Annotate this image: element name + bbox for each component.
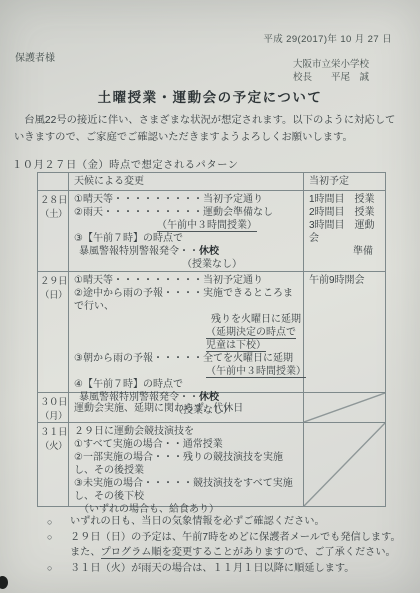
date-cell-oct29: ２９日 （日）	[38, 272, 69, 392]
plan-cell-oct31	[304, 423, 385, 506]
underlined-note: （午前中３時間授業）	[157, 220, 257, 232]
date-day: ２８日	[40, 194, 68, 208]
date-weekday: （火）	[40, 440, 68, 454]
case-note-line: （延期決定の時点で児童は下校）	[74, 326, 301, 352]
plan-line: 午前9時開会	[309, 274, 383, 287]
case-note-line: （午前中３時間授業）	[74, 365, 301, 378]
warning-text: 暴風警報特別警報発令・・	[79, 246, 199, 257]
plan-line: 1時間目 授業	[309, 193, 383, 206]
change-cell-oct29: ①晴天等・・・・・・・・・当初予定通り ②途中から雨の予報・・・・実施できるとこ…	[69, 272, 304, 392]
underlined-note: プログラム順を変更することがあります	[101, 547, 284, 559]
note-item: ○いずれの日も、当日の気象情報を必ずご確認ください。	[38, 514, 410, 530]
case-line: 残りを火曜日に延期	[74, 313, 301, 326]
date-weekday: （土）	[40, 208, 68, 222]
date-day: ３１日	[40, 426, 68, 440]
plan-cell-oct30	[304, 393, 385, 422]
document-page: 平成 29(2017)年 10 月 27 日 保護者様 大阪市立栄小学校 校長 …	[0, 0, 420, 593]
diagonal-strike-line	[304, 393, 385, 422]
plan-cell-oct29: 午前9時開会	[304, 272, 385, 392]
footer-notes: ○いずれの日も、当日の気象情報を必ずご確認ください。 ○２９日（日）の予定は、午…	[38, 514, 410, 576]
change-cell-oct30: 運動会実施、延期に関わらず、代休日	[69, 393, 304, 422]
intro-paragraph: 台風22号の接近に伴い、さまざまな状況が想定されます。以下のように対応していきま…	[14, 113, 405, 146]
date-weekday: （月）	[40, 410, 68, 424]
date-weekday: （日）	[40, 289, 68, 303]
schedule-table: 天候による変更 当初予定 ２８日 （土） ①晴天等・・・・・・・・・当初予定通り…	[37, 172, 386, 507]
sender-block: 大阪市立栄小学校 校長 平尾 誠	[293, 58, 369, 84]
document-title: 土曜授業・運動会の予定について	[0, 86, 420, 106]
change-cell-oct28: ①晴天等・・・・・・・・・当初予定通り ②雨天・・・・・・・・・・運動会準備なし…	[69, 191, 304, 271]
document-date: 平成 29(2017)年 10 月 27 日	[263, 31, 392, 45]
case-line: ②一部実施の場合・・・残りの競技演技を実施し、その後授業	[74, 451, 301, 477]
table-caption: １０月２７日（金）時点で想定されるパターン	[12, 156, 239, 171]
case-line: ②雨天・・・・・・・・・・運動会準備なし	[74, 206, 301, 219]
table-header-row: 天候による変更 当初予定	[38, 173, 385, 190]
circle-bullet-icon: ○	[47, 515, 52, 531]
underlined-note: （午前中３時間授業）	[206, 366, 306, 378]
plan-line: 3時間目 運動会	[309, 219, 383, 245]
diagonal-strike-line	[304, 423, 385, 506]
scan-artifact	[0, 576, 8, 589]
case-line: ①すべて実施の場合・・通常授業	[74, 438, 301, 451]
case-line: ①晴天等・・・・・・・・・当初予定通り	[74, 274, 301, 287]
case-line: 暴風警報特別警報発令・・休校	[74, 245, 301, 258]
principal-name: 校長 平尾 誠	[293, 71, 369, 84]
plan-line: 準備	[309, 245, 383, 258]
case-note-line: （午前中３時間授業）	[74, 219, 301, 232]
date-day: ２９日	[40, 275, 68, 289]
note-text: ２９日（日）の予定は、午前7時をめどに保護者メールでも発信します。	[70, 532, 401, 543]
date-cell-oct31: ３１日 （火）	[38, 423, 69, 506]
case-line: ④【午前７時】の時点で	[74, 378, 301, 391]
plan-cell-oct28: 1時間目 授業 2時間目 授業 3時間目 運動会 準備	[304, 191, 385, 271]
change-cell-oct31: ２９日に運動会競技演技を ①すべて実施の場合・・通常授業 ②一部実施の場合・・・…	[69, 423, 304, 506]
header-change-cell: 天候による変更	[69, 173, 304, 190]
note-text: ので、ご了承ください。	[284, 547, 396, 558]
note-text: いずれの日も、当日の気象情報を必ずご確認ください。	[70, 516, 325, 527]
note-item: ○３１日（火）が雨天の場合は、１１月１日以降に順延します。	[38, 561, 410, 577]
case-line: ２９日に運動会競技演技を	[74, 425, 301, 438]
table-row-oct31: ３１日 （火） ２９日に運動会競技演技を ①すべて実施の場合・・通常授業 ②一部…	[38, 422, 385, 506]
underlined-note: （延期決定の時点で児童は下校）	[206, 327, 296, 352]
plan-line: 2時間目 授業	[309, 206, 383, 219]
recipient-label: 保護者様	[15, 49, 55, 64]
case-note-line: （授業なし）	[74, 258, 301, 271]
case-line: ③朝から雨の予報・・・・・全てを火曜日に延期	[74, 352, 301, 365]
table-row-oct28: ２８日 （土） ①晴天等・・・・・・・・・当初予定通り ②雨天・・・・・・・・・…	[38, 190, 385, 271]
school-name: 大阪市立栄小学校	[293, 58, 369, 71]
case-line: ③未実施の場合・・・・・競技演技をすべて実施し、その後下校	[74, 477, 301, 503]
date-cell-oct28: ２８日 （土）	[38, 191, 69, 271]
table-row-oct30: ３０日 （月） 運動会実施、延期に関わらず、代休日	[38, 392, 385, 422]
date-cell-oct30: ３０日 （月）	[38, 393, 69, 422]
note-continuation: また、プログラム順を変更することがありますので、ご了承ください。	[38, 545, 410, 561]
note-text: また、	[70, 547, 101, 558]
case-line: 運動会実施、延期に関わらず、代休日	[74, 402, 301, 415]
note-text: ３１日（火）が雨天の場合は、１１月１日以降に順延します。	[70, 563, 354, 574]
case-line: ③【午前７時】の時点で	[74, 232, 301, 245]
note-item: ○２９日（日）の予定は、午前7時をめどに保護者メールでも発信します。	[38, 530, 410, 546]
header-plan-cell: 当初予定	[304, 173, 385, 190]
case-line: ①晴天等・・・・・・・・・当初予定通り	[74, 193, 301, 206]
date-day: ３０日	[40, 396, 68, 410]
case-line: ②途中から雨の予報・・・・実施できるところまで行い、	[74, 287, 301, 313]
school-closed-text: 休校	[199, 246, 219, 257]
circle-bullet-icon: ○	[47, 530, 52, 546]
header-date-cell	[38, 173, 69, 190]
table-row-oct29: ２９日 （日） ①晴天等・・・・・・・・・当初予定通り ②途中から雨の予報・・・…	[38, 271, 385, 392]
circle-bullet-icon: ○	[47, 561, 52, 577]
